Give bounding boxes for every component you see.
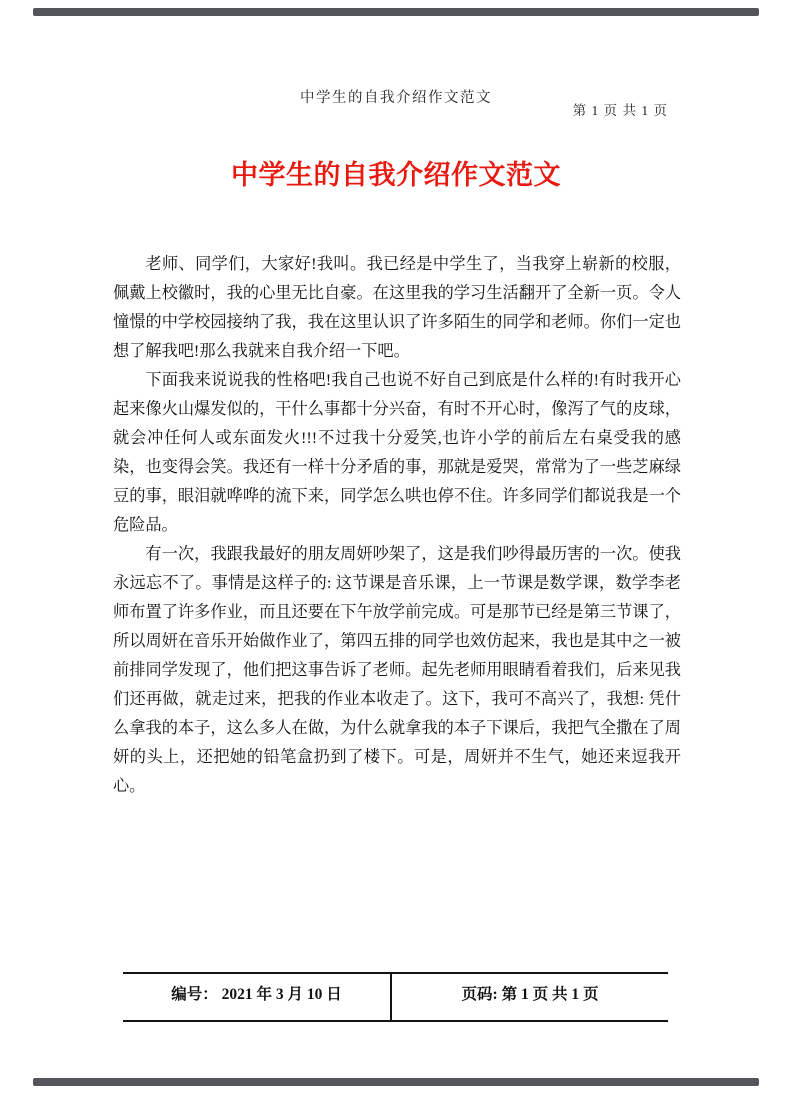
footer-page-cell: 页码: 第 1 页 共 1 页: [392, 974, 668, 1020]
page-bottom-separator: [33, 1078, 759, 1086]
paragraph-3: 有一次，我跟我最好的朋友周妍吵架了，这是我们吵得最历害的一次。使我永远忘不了。事…: [113, 540, 681, 801]
document-title: 中学生的自我介绍作文范文: [0, 153, 792, 192]
footer-number-label: 编号： 2021 年 3 月 10 日: [171, 982, 342, 1004]
footer-table: 编号： 2021 年 3 月 10 日 页码: 第 1 页 共 1 页: [123, 972, 668, 1022]
page-top-separator: [33, 8, 759, 16]
header-title: 中学生的自我介绍作文范文: [0, 86, 792, 107]
paragraph-2: 下面我来说说我的性格吧!我自己也说不好自己到底是什么样的!有时我开心起来像火山爆…: [113, 366, 681, 540]
footer-page-label: 页码: 第 1 页 共 1 页: [462, 982, 599, 1004]
document-page: 中学生的自我介绍作文范文 第 1 页 共 1 页 中学生的自我介绍作文范文 老师…: [0, 0, 792, 1120]
footer-number-cell: 编号： 2021 年 3 月 10 日: [123, 974, 392, 1020]
document-body: 老师、同学们，大家好!我叫。我已经是中学生了，当我穿上崭新的校服，佩戴上校徽时，…: [113, 250, 681, 801]
header-page-number: 第 1 页 共 1 页: [573, 99, 668, 119]
paragraph-1: 老师、同学们，大家好!我叫。我已经是中学生了，当我穿上崭新的校服，佩戴上校徽时，…: [113, 250, 681, 366]
